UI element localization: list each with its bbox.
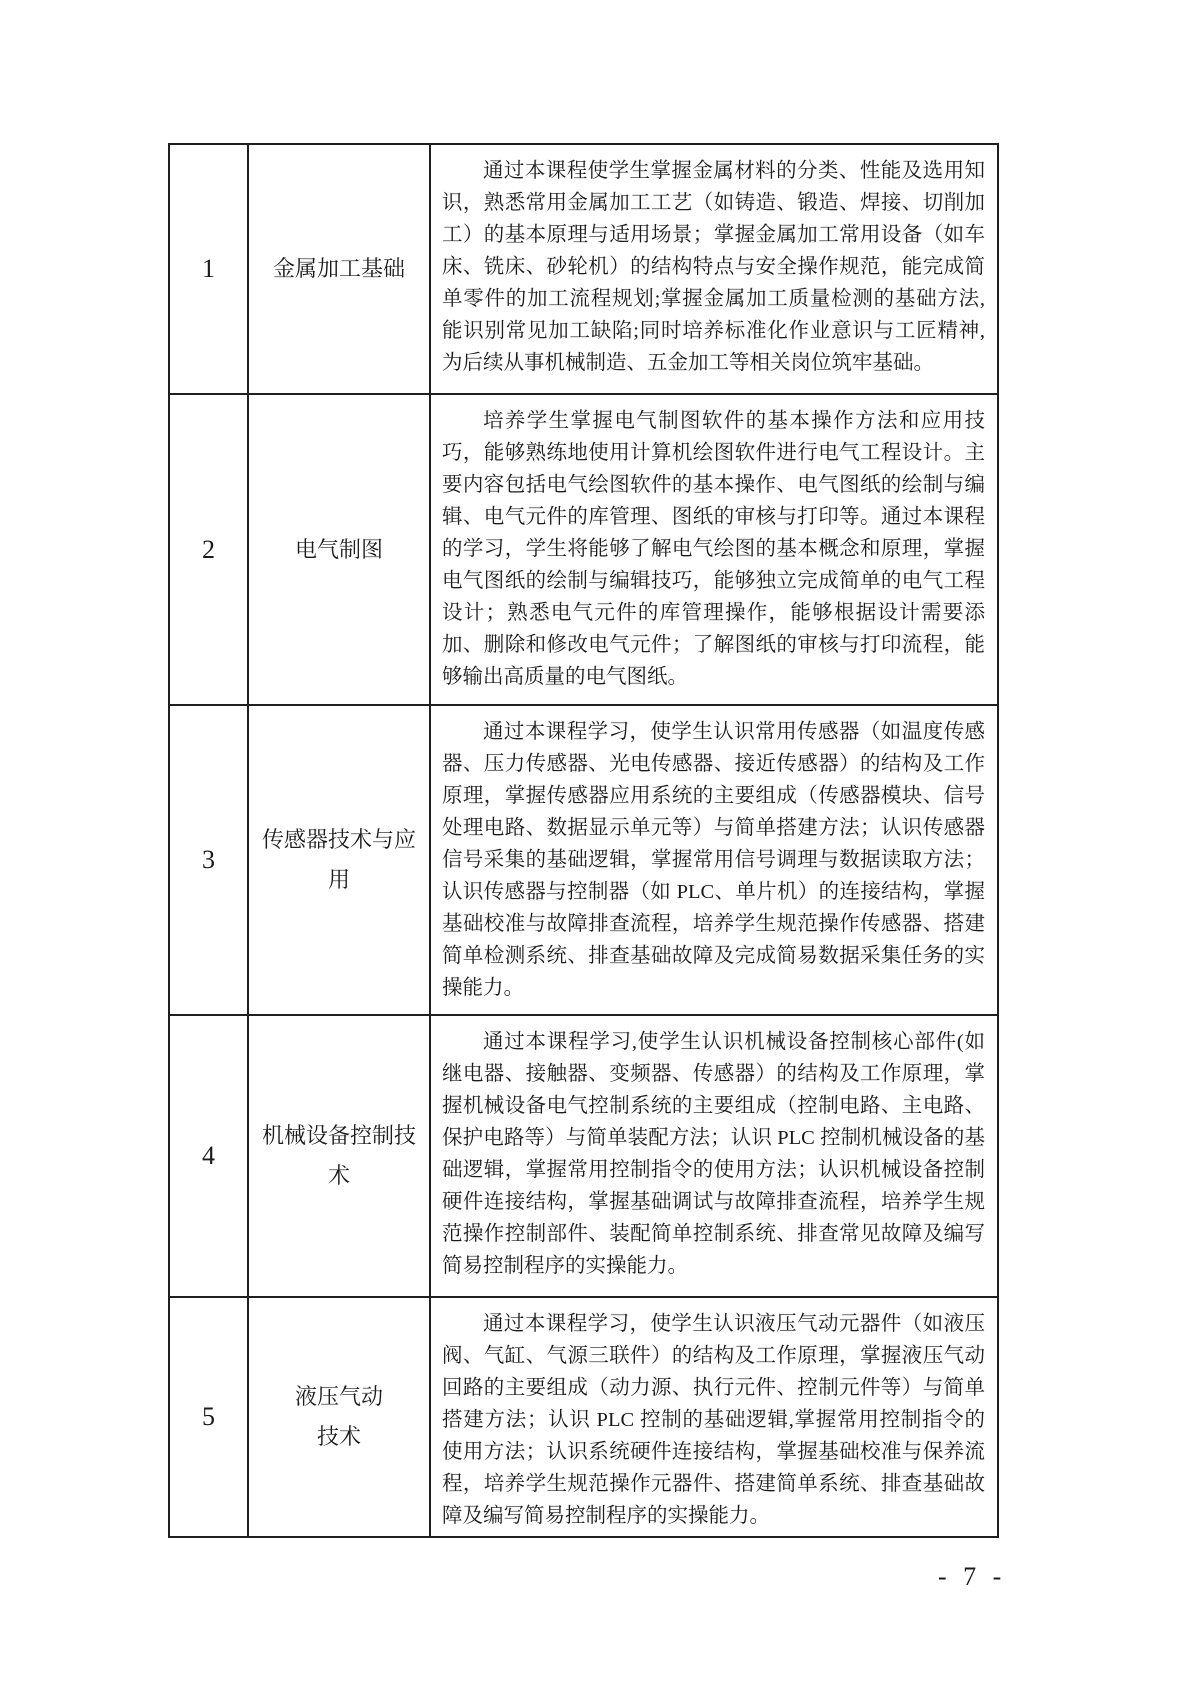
course-name: 液压气动 技术 xyxy=(248,1297,430,1537)
course-description-cell: 通过本课程学习，使学生认识液压气动元器件（如液压阀、气缸、气源三联件）的结构及工… xyxy=(430,1297,998,1537)
course-number: 5 xyxy=(169,1297,248,1537)
course-description: 通过本课程学习,使学生认识机械设备控制核心部件(如继电器、接触器、变频器、传感器… xyxy=(442,1026,985,1282)
course-number: 2 xyxy=(169,394,248,705)
course-description-cell: 通过本课程使学生掌握金属材料的分类、性能及选用知识，熟悉常用金属加工工艺（如铸造… xyxy=(430,144,998,394)
course-description-cell: 通过本课程学习，使学生认识常用传感器（如温度传感器、压力传感器、光电传感器、接近… xyxy=(430,705,998,1015)
course-name: 电气制图 xyxy=(248,394,430,705)
table-row: 2 电气制图 培养学生掌握电气制图软件的基本操作方法和应用技巧，能够熟练地使用计… xyxy=(169,394,998,705)
page-number: - 7 - xyxy=(938,1562,1004,1592)
table-row: 4 机械设备控制技 术 通过本课程学习,使学生认识机械设备控制核心部件(如继电器… xyxy=(169,1015,998,1297)
course-name: 金属加工基础 xyxy=(248,144,430,394)
course-table: 1 金属加工基础 通过本课程使学生掌握金属材料的分类、性能及选用知识，熟悉常用金… xyxy=(168,143,999,1538)
document-page: 1 金属加工基础 通过本课程使学生掌握金属材料的分类、性能及选用知识，熟悉常用金… xyxy=(0,0,1191,1684)
course-description: 培养学生掌握电气制图软件的基本操作方法和应用技巧，能够熟练地使用计算机绘图软件进… xyxy=(442,405,985,693)
table-row: 1 金属加工基础 通过本课程使学生掌握金属材料的分类、性能及选用知识，熟悉常用金… xyxy=(169,144,998,394)
course-number: 3 xyxy=(169,705,248,1015)
course-name: 传感器技术与应 用 xyxy=(248,705,430,1015)
course-number: 1 xyxy=(169,144,248,394)
course-description-cell: 通过本课程学习,使学生认识机械设备控制核心部件(如继电器、接触器、变频器、传感器… xyxy=(430,1015,998,1297)
course-name: 机械设备控制技 术 xyxy=(248,1015,430,1297)
table-row: 5 液压气动 技术 通过本课程学习，使学生认识液压气动元器件（如液压阀、气缸、气… xyxy=(169,1297,998,1537)
course-description: 通过本课程学习，使学生认识液压气动元器件（如液压阀、气缸、气源三联件）的结构及工… xyxy=(442,1308,985,1532)
course-description-cell: 培养学生掌握电气制图软件的基本操作方法和应用技巧，能够熟练地使用计算机绘图软件进… xyxy=(430,394,998,705)
table-row: 3 传感器技术与应 用 通过本课程学习，使学生认识常用传感器（如温度传感器、压力… xyxy=(169,705,998,1015)
course-description: 通过本课程学习，使学生认识常用传感器（如温度传感器、压力传感器、光电传感器、接近… xyxy=(442,716,985,1004)
course-number: 4 xyxy=(169,1015,248,1297)
course-description: 通过本课程使学生掌握金属材料的分类、性能及选用知识，熟悉常用金属加工工艺（如铸造… xyxy=(442,155,985,379)
